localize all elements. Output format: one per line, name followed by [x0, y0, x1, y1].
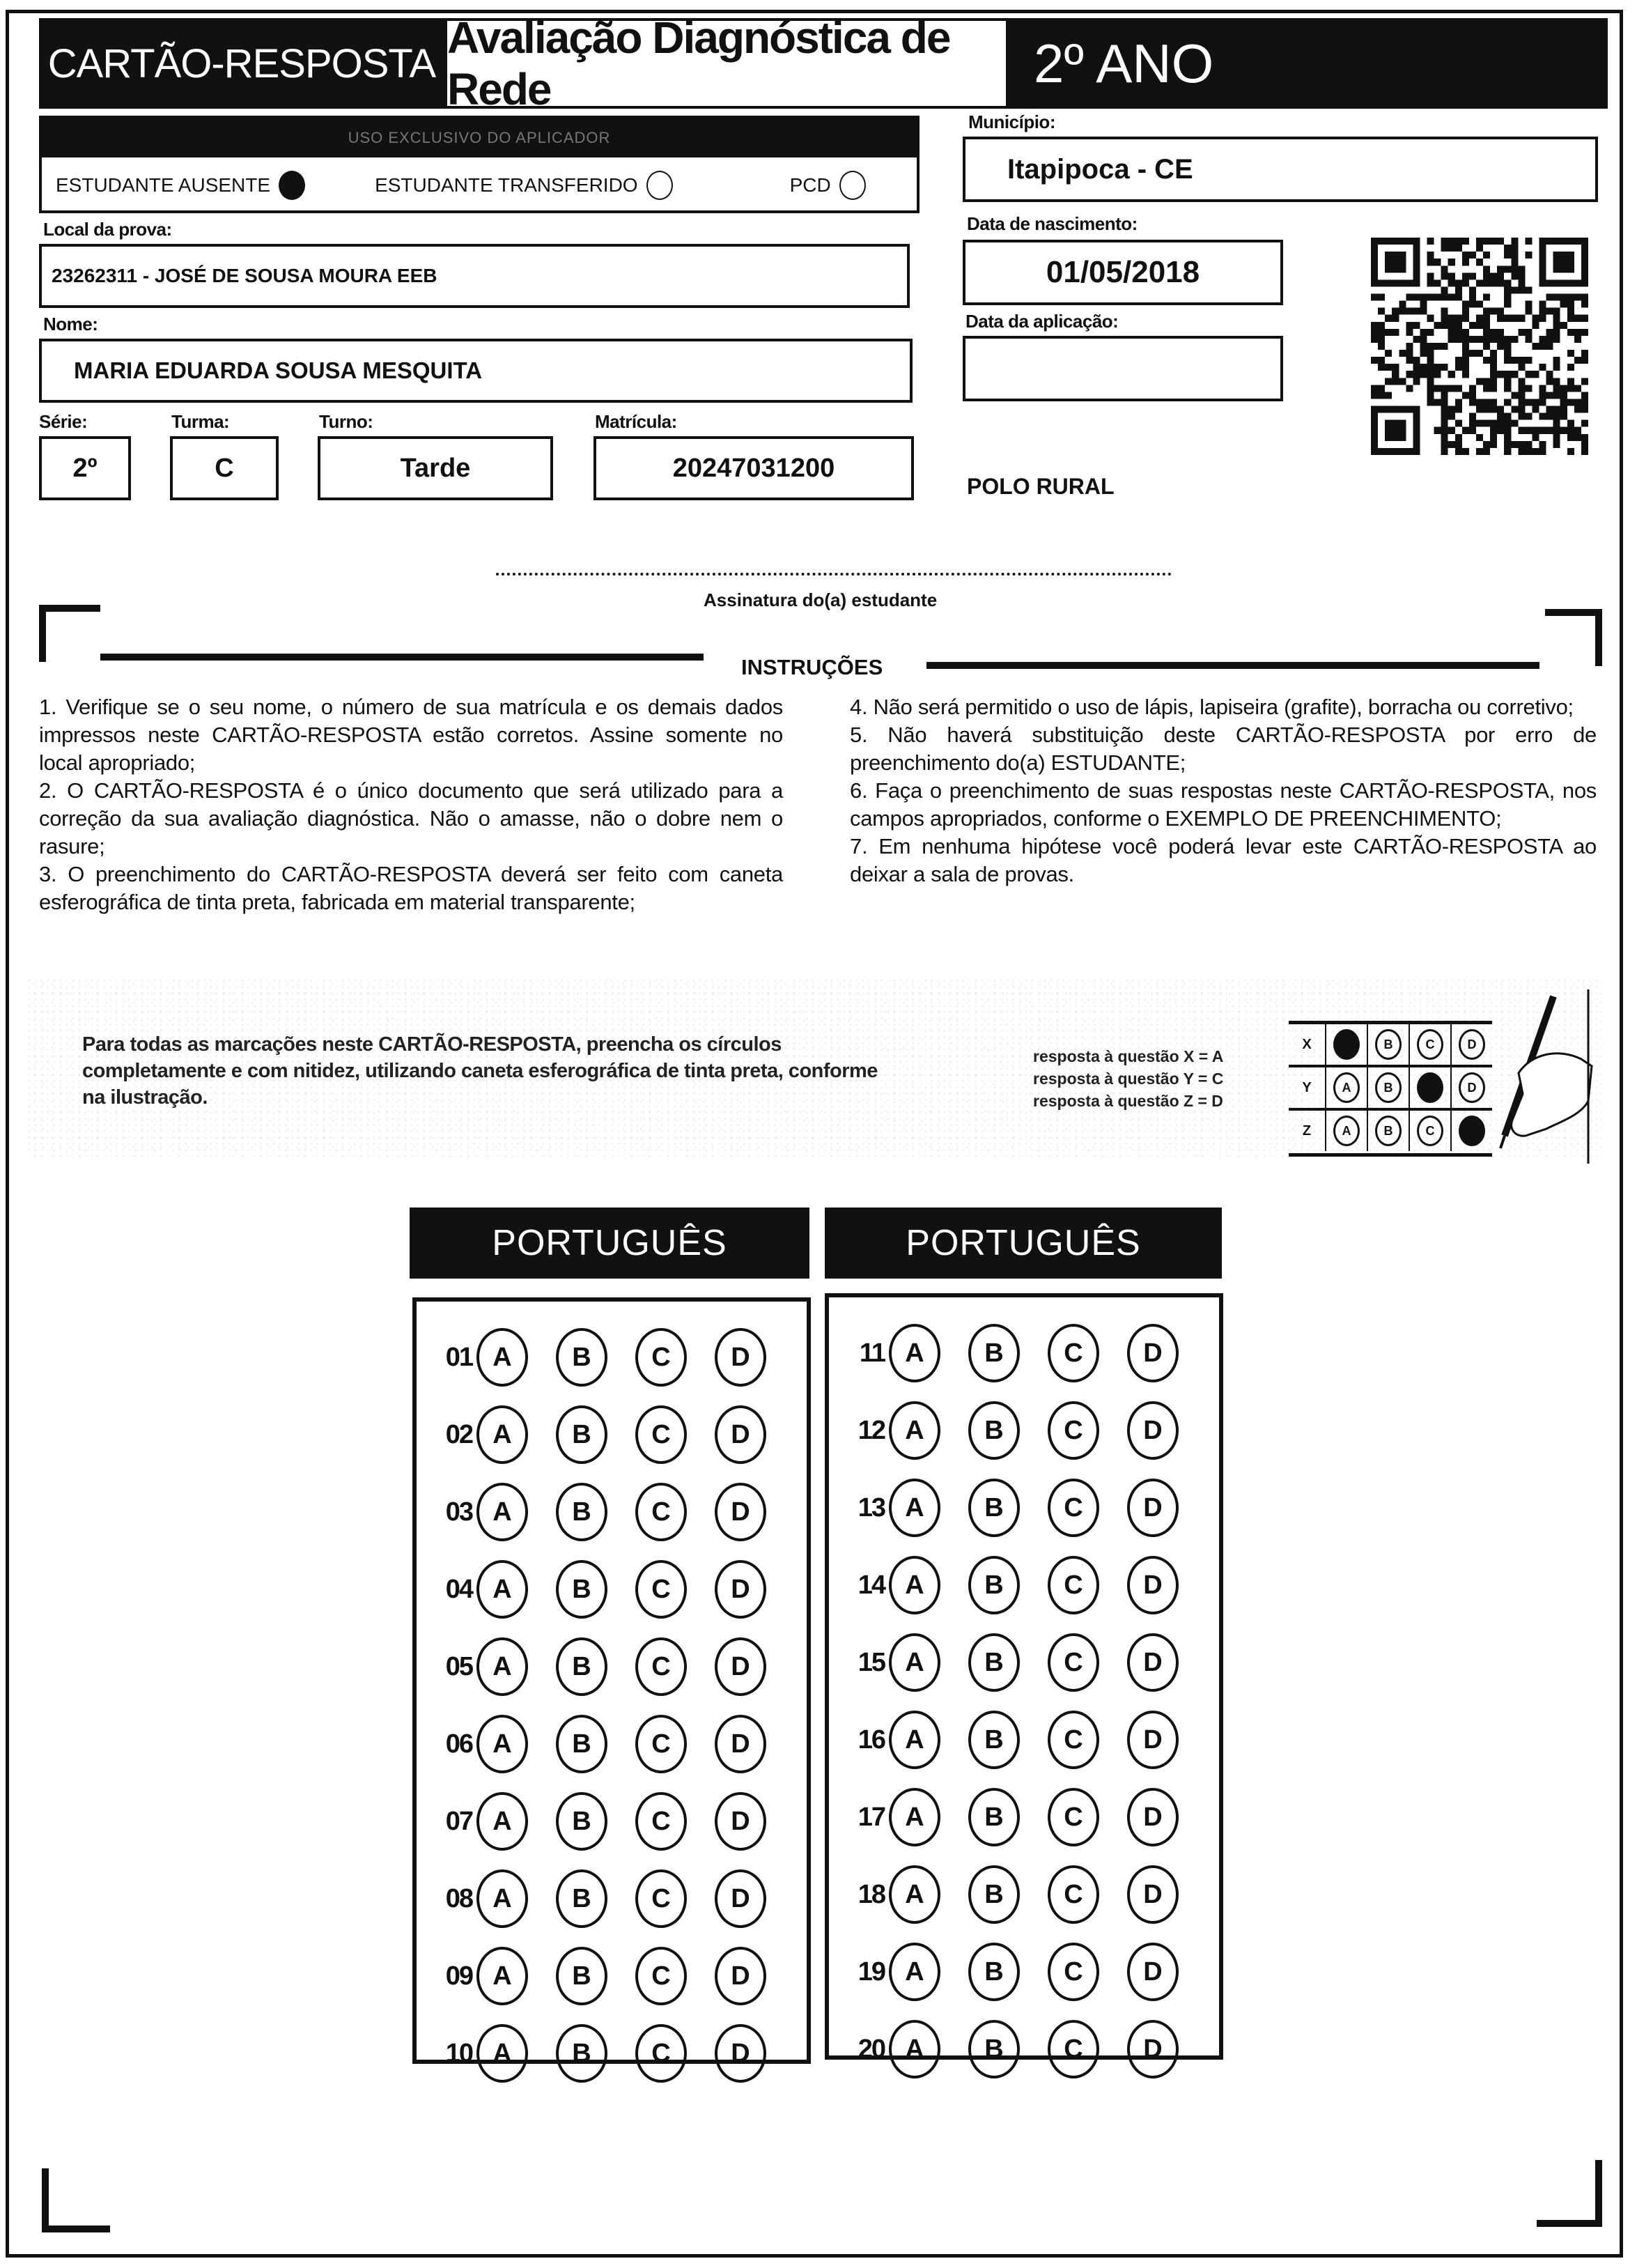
instruction-item: 4. Não será permitido o uso de lápis, la…: [850, 693, 1597, 721]
question-number: 18: [841, 1880, 885, 1910]
answer-bubble-10-a[interactable]: A: [476, 2024, 528, 2083]
answer-row-03: 03ABCD: [429, 1483, 794, 1541]
answer-bubble-17-c[interactable]: C: [1048, 1788, 1099, 1846]
corner-mark-bottom-right: [1537, 2160, 1602, 2227]
answer-bubble-12-c[interactable]: C: [1048, 1401, 1099, 1460]
applicant-option-label: ESTUDANTE AUSENTE: [56, 174, 270, 196]
nome-value: MARIA EDUARDA SOUSA MESQUITA: [74, 357, 482, 384]
applicant-option-estudante-transferido[interactable]: ESTUDANTE TRANSFERIDO: [375, 171, 673, 200]
example-cell: A: [1325, 1024, 1367, 1065]
instructions-left-column: 1. Verifique se o seu nome, o número de …: [39, 693, 783, 916]
applicant-box-title: USO EXCLUSIVO DO APLICADOR: [42, 118, 917, 157]
subject-header-1: PORTUGUÊS: [410, 1208, 809, 1279]
answer-bubble-02-b[interactable]: B: [556, 1405, 607, 1464]
answer-bubble-01-d[interactable]: D: [715, 1328, 766, 1387]
answer-bubble-19-c[interactable]: C: [1048, 1943, 1099, 2001]
question-number: 03: [429, 1497, 472, 1527]
question-number: 15: [841, 1648, 885, 1678]
answer-bubble-03-d[interactable]: D: [715, 1483, 766, 1541]
answer-bubble-13-b[interactable]: B: [968, 1479, 1020, 1537]
aplicacao-field[interactable]: [963, 336, 1283, 401]
answer-bubble-19-d[interactable]: D: [1127, 1943, 1179, 2001]
turno-field[interactable]: Tarde: [318, 436, 553, 500]
municipio-value: Itapipoca - CE: [1007, 154, 1193, 185]
corner-mark-top-right: [1545, 609, 1602, 666]
answer-bubble-01-a[interactable]: A: [476, 1328, 528, 1387]
question-number: 07: [429, 1807, 472, 1837]
serie-label: Série:: [39, 411, 87, 433]
answer-bubble-09-b[interactable]: B: [556, 1947, 607, 2005]
answer-bubble-07-b[interactable]: B: [556, 1792, 607, 1851]
answer-bubble-20-a[interactable]: A: [889, 2020, 940, 2078]
answer-bubble-11-a[interactable]: A: [889, 1324, 940, 1382]
instruction-item: 2. O CARTÃO-RESPOSTA é o único documento…: [39, 777, 783, 861]
instruction-item: 7. Em nenhuma hipótese você poderá levar…: [850, 833, 1597, 888]
answer-bubble-16-b[interactable]: B: [968, 1711, 1020, 1769]
empty-bubble-icon: C: [1417, 1116, 1443, 1146]
example-cell: B: [1367, 1067, 1409, 1108]
answer-bubble-03-c[interactable]: C: [635, 1483, 687, 1541]
example-row: XABCD: [1289, 1024, 1492, 1067]
example-legend: resposta à questão X = Aresposta à quest…: [1033, 1045, 1223, 1112]
answer-bubble-10-b[interactable]: B: [556, 2024, 607, 2083]
qr-code: [1371, 234, 1588, 458]
nascimento-label: Data de nascimento:: [967, 213, 1138, 235]
filled-bubble-icon: A: [1333, 1029, 1360, 1060]
answer-bubble-18-a[interactable]: A: [889, 1865, 940, 1924]
answer-bubble-08-a[interactable]: A: [476, 1869, 528, 1928]
answer-row-11: 11ABCD: [841, 1324, 1207, 1382]
aplicacao-label: Data da aplicação:: [965, 311, 1118, 332]
question-number: 17: [841, 1803, 885, 1833]
answer-bubble-14-a[interactable]: A: [889, 1556, 940, 1614]
empty-bubble-icon: B: [1375, 1029, 1402, 1060]
answer-bubble-12-d[interactable]: D: [1127, 1401, 1179, 1460]
nome-field[interactable]: MARIA EDUARDA SOUSA MESQUITA: [39, 339, 913, 403]
polo-label: POLO RURAL: [967, 474, 1115, 500]
subject-header-2: PORTUGUÊS: [825, 1208, 1222, 1279]
empty-bubble-icon: A: [1333, 1116, 1360, 1146]
applicant-options: ESTUDANTE AUSENTEESTUDANTE TRANSFERIDOPC…: [42, 157, 917, 213]
answer-row-02: 02ABCD: [429, 1405, 794, 1464]
answer-row-07: 07ABCD: [429, 1792, 794, 1851]
local-label: Local da prova:: [43, 219, 172, 240]
example-question-label: Z: [1289, 1111, 1325, 1151]
question-number: 01: [429, 1343, 472, 1373]
answer-bubble-15-b[interactable]: B: [968, 1633, 1020, 1692]
answer-bubble-05-c[interactable]: C: [635, 1637, 687, 1696]
matricula-label: Matrícula:: [595, 411, 677, 433]
answer-bubble-17-d[interactable]: D: [1127, 1788, 1179, 1846]
answer-bubble-20-d[interactable]: D: [1127, 2020, 1179, 2078]
answer-bubble-14-c[interactable]: C: [1048, 1556, 1099, 1614]
answer-bubble-04-b[interactable]: B: [556, 1560, 607, 1619]
empty-bubble-icon: C: [1417, 1029, 1443, 1060]
answer-grid-1: 01ABCD02ABCD03ABCD04ABCD05ABCD06ABCD07AB…: [412, 1297, 811, 2064]
instructions-right-column: 4. Não será permitido o uso de lápis, la…: [850, 693, 1597, 888]
example-cell: A: [1325, 1067, 1367, 1108]
question-number: 06: [429, 1729, 472, 1759]
instructions-title: INSTRUÇÕES: [741, 655, 883, 680]
answer-bubble-11-b[interactable]: B: [968, 1324, 1020, 1382]
answer-bubble-12-a[interactable]: A: [889, 1401, 940, 1460]
serie-field[interactable]: 2º: [39, 436, 131, 500]
answer-bubble-06-a[interactable]: A: [476, 1715, 528, 1773]
question-number: 02: [429, 1420, 472, 1450]
hand-pen-icon: [1477, 989, 1595, 1164]
answer-bubble-05-a[interactable]: A: [476, 1637, 528, 1696]
question-number: 16: [841, 1725, 885, 1755]
signature-label: Assinatura do(a) estudante: [704, 589, 937, 611]
exam-title: Avaliação Diagnóstica de Rede: [444, 18, 1009, 109]
instruction-item: 5. Não haverá substituição deste CARTÃO-…: [850, 721, 1597, 777]
answer-row-19: 19ABCD: [841, 1943, 1207, 2001]
municipio-label: Município:: [968, 111, 1055, 133]
example-cell: B: [1367, 1111, 1409, 1151]
question-number: 08: [429, 1884, 472, 1914]
answer-bubble-09-a[interactable]: A: [476, 1947, 528, 2005]
local-field[interactable]: 23262311 - JOSÉ DE SOUSA MOURA EEB: [39, 244, 910, 308]
answer-bubble-14-b[interactable]: B: [968, 1556, 1020, 1614]
question-number: 04: [429, 1575, 472, 1605]
example-cell: C: [1409, 1024, 1450, 1065]
question-number: 20: [841, 2035, 885, 2065]
answer-bubble-01-c[interactable]: C: [635, 1328, 687, 1387]
answer-bubble-15-d[interactable]: D: [1127, 1633, 1179, 1692]
applicant-box: USO EXCLUSIVO DO APLICADOR ESTUDANTE AUS…: [39, 116, 920, 213]
serie-value: 2º: [72, 454, 97, 484]
question-number: 13: [841, 1493, 885, 1523]
answer-bubble-08-c[interactable]: C: [635, 1869, 687, 1928]
instruction-item: 6. Faça o preenchimento de suas resposta…: [850, 777, 1597, 833]
answer-bubble-16-c[interactable]: C: [1048, 1711, 1099, 1769]
example-legend-item: resposta à questão X = A: [1033, 1045, 1223, 1067]
local-value: 23262311 - JOSÉ DE SOUSA MOURA EEB: [52, 265, 437, 287]
question-number: 12: [841, 1416, 885, 1446]
answer-row-04: 04ABCD: [429, 1560, 794, 1619]
answer-row-01: 01ABCD: [429, 1328, 794, 1387]
answer-bubble-13-d[interactable]: D: [1127, 1479, 1179, 1537]
corner-mark-bottom-left: [42, 2168, 110, 2232]
matricula-value: 20247031200: [673, 454, 835, 484]
answer-bubble-13-c[interactable]: C: [1048, 1479, 1099, 1537]
answer-row-06: 06ABCD: [429, 1715, 794, 1773]
empty-bubble-icon: B: [1375, 1116, 1402, 1146]
question-number: 05: [429, 1652, 472, 1682]
example-text: Para todas as marcações neste CARTÃO-RES…: [82, 1031, 883, 1111]
answer-bubble-16-a[interactable]: A: [889, 1711, 940, 1769]
filled-bubble-icon[interactable]: [279, 171, 305, 200]
instructions-rule-left: [100, 654, 704, 661]
answer-bubble-17-a[interactable]: A: [889, 1788, 940, 1846]
example-grid: XABCDYABCDZABCD: [1289, 1021, 1492, 1157]
answer-bubble-09-c[interactable]: C: [635, 1947, 687, 2005]
applicant-option-estudante-ausente[interactable]: ESTUDANTE AUSENTE: [56, 171, 305, 200]
answer-bubble-05-d[interactable]: D: [715, 1637, 766, 1696]
answer-bubble-16-d[interactable]: D: [1127, 1711, 1179, 1769]
answer-bubble-11-d[interactable]: D: [1127, 1324, 1179, 1382]
answer-row-09: 09ABCD: [429, 1947, 794, 2005]
example-cell: C: [1409, 1111, 1450, 1151]
answer-bubble-12-b[interactable]: B: [968, 1401, 1020, 1460]
answer-bubble-14-d[interactable]: D: [1127, 1556, 1179, 1614]
answer-bubble-02-a[interactable]: A: [476, 1405, 528, 1464]
example-question-label: X: [1289, 1024, 1325, 1065]
answer-bubble-15-a[interactable]: A: [889, 1633, 940, 1692]
filled-bubble-icon: C: [1417, 1072, 1443, 1103]
empty-bubble-icon[interactable]: [839, 171, 866, 200]
instruction-item: 1. Verifique se o seu nome, o número de …: [39, 693, 783, 777]
answer-bubble-19-b[interactable]: B: [968, 1943, 1020, 2001]
nascimento-field[interactable]: 01/05/2018: [963, 240, 1283, 305]
answer-bubble-08-b[interactable]: B: [556, 1869, 607, 1928]
empty-bubble-icon: B: [1375, 1072, 1402, 1103]
answer-row-13: 13ABCD: [841, 1479, 1207, 1537]
nome-label: Nome:: [43, 314, 98, 335]
answer-bubble-18-d[interactable]: D: [1127, 1865, 1179, 1924]
empty-bubble-icon[interactable]: [646, 171, 673, 200]
answer-row-20: 20ABCD: [841, 2020, 1207, 2078]
answer-row-14: 14ABCD: [841, 1556, 1207, 1614]
question-number: 10: [429, 2039, 472, 2069]
example-legend-item: resposta à questão Z = D: [1033, 1090, 1223, 1112]
answer-bubble-07-a[interactable]: A: [476, 1792, 528, 1851]
turno-value: Tarde: [401, 454, 471, 484]
answer-bubble-11-c[interactable]: C: [1048, 1324, 1099, 1382]
answer-bubble-07-d[interactable]: D: [715, 1792, 766, 1851]
example-cell: B: [1367, 1024, 1409, 1065]
answer-bubble-02-d[interactable]: D: [715, 1405, 766, 1464]
card-label: CARTÃO-RESPOSTA: [39, 18, 444, 109]
answer-bubble-01-b[interactable]: B: [556, 1328, 607, 1387]
answer-bubble-17-b[interactable]: B: [968, 1788, 1020, 1846]
answer-row-17: 17ABCD: [841, 1788, 1207, 1846]
answer-bubble-18-b[interactable]: B: [968, 1865, 1020, 1924]
answer-bubble-07-c[interactable]: C: [635, 1792, 687, 1851]
answer-row-05: 05ABCD: [429, 1637, 794, 1696]
answer-bubble-03-a[interactable]: A: [476, 1483, 528, 1541]
answer-row-10: 10ABCD: [429, 2024, 794, 2083]
answer-bubble-13-a[interactable]: A: [889, 1479, 940, 1537]
example-question-label: Y: [1289, 1067, 1325, 1108]
question-number: 14: [841, 1571, 885, 1600]
answer-bubble-08-d[interactable]: D: [715, 1869, 766, 1928]
answer-bubble-06-b[interactable]: B: [556, 1715, 607, 1773]
answer-bubble-06-c[interactable]: C: [635, 1715, 687, 1773]
answer-bubble-20-b[interactable]: B: [968, 2020, 1020, 2078]
answer-row-15: 15ABCD: [841, 1633, 1207, 1692]
example-row: ZABCD: [1289, 1111, 1492, 1151]
answer-row-16: 16ABCD: [841, 1711, 1207, 1769]
answer-bubble-18-c[interactable]: C: [1048, 1865, 1099, 1924]
question-number: 11: [841, 1339, 885, 1368]
turma-value: C: [215, 454, 233, 484]
municipio-field[interactable]: Itapipoca - CE: [963, 137, 1598, 202]
answer-bubble-04-d[interactable]: D: [715, 1560, 766, 1619]
corner-mark-top-left: [39, 605, 100, 662]
answer-row-12: 12ABCD: [841, 1401, 1207, 1460]
answer-bubble-06-d[interactable]: D: [715, 1715, 766, 1773]
instruction-item: 3. O preenchimento do CARTÃO-RESPOSTA de…: [39, 861, 783, 916]
answer-bubble-04-c[interactable]: C: [635, 1560, 687, 1619]
answer-bubble-10-c[interactable]: C: [635, 2024, 687, 2083]
turno-label: Turno:: [319, 411, 373, 433]
answer-bubble-04-a[interactable]: A: [476, 1560, 528, 1619]
answer-grid-2: 11ABCD12ABCD13ABCD14ABCD15ABCD16ABCD17AB…: [825, 1293, 1223, 2060]
answer-bubble-02-c[interactable]: C: [635, 1405, 687, 1464]
answer-bubble-03-b[interactable]: B: [556, 1483, 607, 1541]
answer-bubble-09-d[interactable]: D: [715, 1947, 766, 2005]
example-cell: A: [1325, 1111, 1367, 1151]
answer-bubble-15-c[interactable]: C: [1048, 1633, 1099, 1692]
empty-bubble-icon: A: [1333, 1072, 1360, 1103]
answer-row-18: 18ABCD: [841, 1865, 1207, 1924]
answer-bubble-20-c[interactable]: C: [1048, 2020, 1099, 2078]
question-number: 09: [429, 1961, 472, 1991]
turma-label: Turma:: [171, 411, 229, 433]
answer-bubble-10-d[interactable]: D: [715, 2024, 766, 2083]
applicant-option-label: ESTUDANTE TRANSFERIDO: [375, 174, 638, 196]
example-cell: C: [1409, 1067, 1450, 1108]
matricula-field[interactable]: 20247031200: [593, 436, 914, 500]
example-row: YABCD: [1289, 1067, 1492, 1111]
turma-field[interactable]: C: [170, 436, 279, 500]
nascimento-value: 01/05/2018: [1046, 255, 1200, 290]
answer-bubble-19-a[interactable]: A: [889, 1943, 940, 2001]
grade-label: 2º ANO: [1009, 18, 1608, 109]
question-number: 19: [841, 1957, 885, 1987]
applicant-option-pcd[interactable]: PCD: [790, 171, 866, 200]
instructions-rule-right: [926, 662, 1539, 669]
answer-row-08: 08ABCD: [429, 1869, 794, 1928]
signature-line: [496, 573, 1172, 576]
applicant-option-label: PCD: [790, 174, 831, 196]
answer-bubble-05-b[interactable]: B: [556, 1637, 607, 1696]
example-legend-item: resposta à questão Y = C: [1033, 1067, 1223, 1090]
